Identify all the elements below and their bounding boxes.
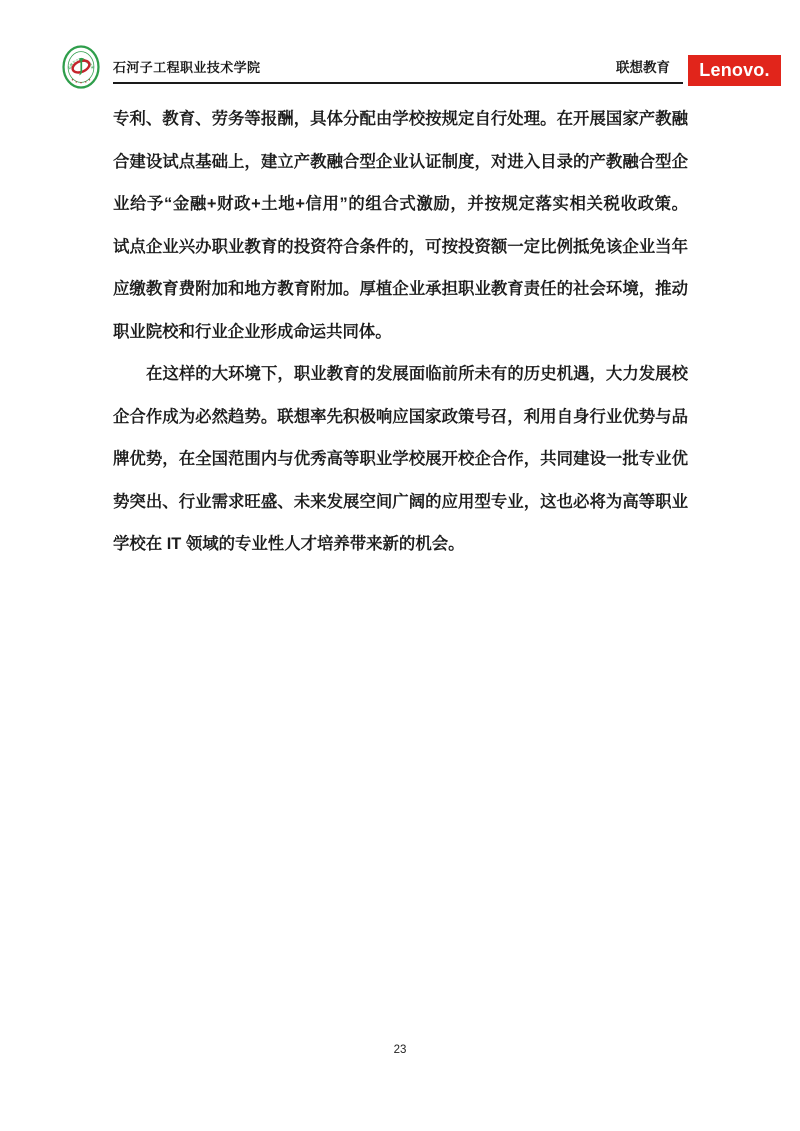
brand-label: 联想教育	[616, 56, 670, 76]
page-footer: 23	[0, 1040, 800, 1058]
paragraph-line: 试点企业兴办职业教育的投资符合条件的，可按投资额一定比例抵免该企业当年	[113, 226, 688, 269]
lenovo-logo: Lenovo.	[688, 55, 781, 86]
paragraph-line: 业给予“金融+财政+土地+信用”的组合式激励，并按规定落实相关税收政策。	[113, 183, 688, 226]
paragraph-line: 专利、教育、劳务等报酬，具体分配由学校按规定自行处理。在开展国家产教融	[113, 98, 688, 141]
page-number: 23	[394, 1044, 407, 1056]
paragraph-line: 应缴教育费附加和地方教育附加。厚植企业承担职业教育责任的社会环境，推动	[113, 268, 688, 311]
paragraph-line: 牌优势，在全国范围内与优秀高等职业学校展开校企合作，共同建设一批专业优	[113, 438, 688, 481]
document-body: 专利、教育、劳务等报酬，具体分配由学校按规定自行处理。在开展国家产教融合建设试点…	[113, 98, 688, 566]
paragraph-line: 学校在 IT 领域的专业性人才培养带来新的机会。	[113, 523, 688, 566]
document-page: 石河子工程职业技术学院 石河子工程职业技术学院 联想教育 Lenovo. 专利、…	[0, 0, 800, 1131]
school-seal-logo: 石河子工程职业技术学院	[62, 44, 100, 90]
lenovo-wordmark: Lenovo.	[699, 61, 769, 79]
paragraph-line: 在这样的大环境下，职业教育的发展面临前所未有的历史机遇，大力发展校	[113, 353, 688, 396]
paragraph-line: 合建设试点基础上，建立产教融合型企业认证制度，对进入目录的产教融合型企	[113, 141, 688, 184]
paragraph-line: 职业院校和行业企业形成命运共同体。	[113, 311, 688, 354]
header-rule	[113, 82, 683, 84]
paragraph-line: 企合作成为必然趋势。联想率先积极响应国家政策号召，利用自身行业优势与品	[113, 396, 688, 439]
paragraph-line: 势突出、行业需求旺盛、未来发展空间广阔的应用型专业，这也必将为高等职业	[113, 481, 688, 524]
school-name: 石河子工程职业技术学院	[113, 57, 260, 76]
